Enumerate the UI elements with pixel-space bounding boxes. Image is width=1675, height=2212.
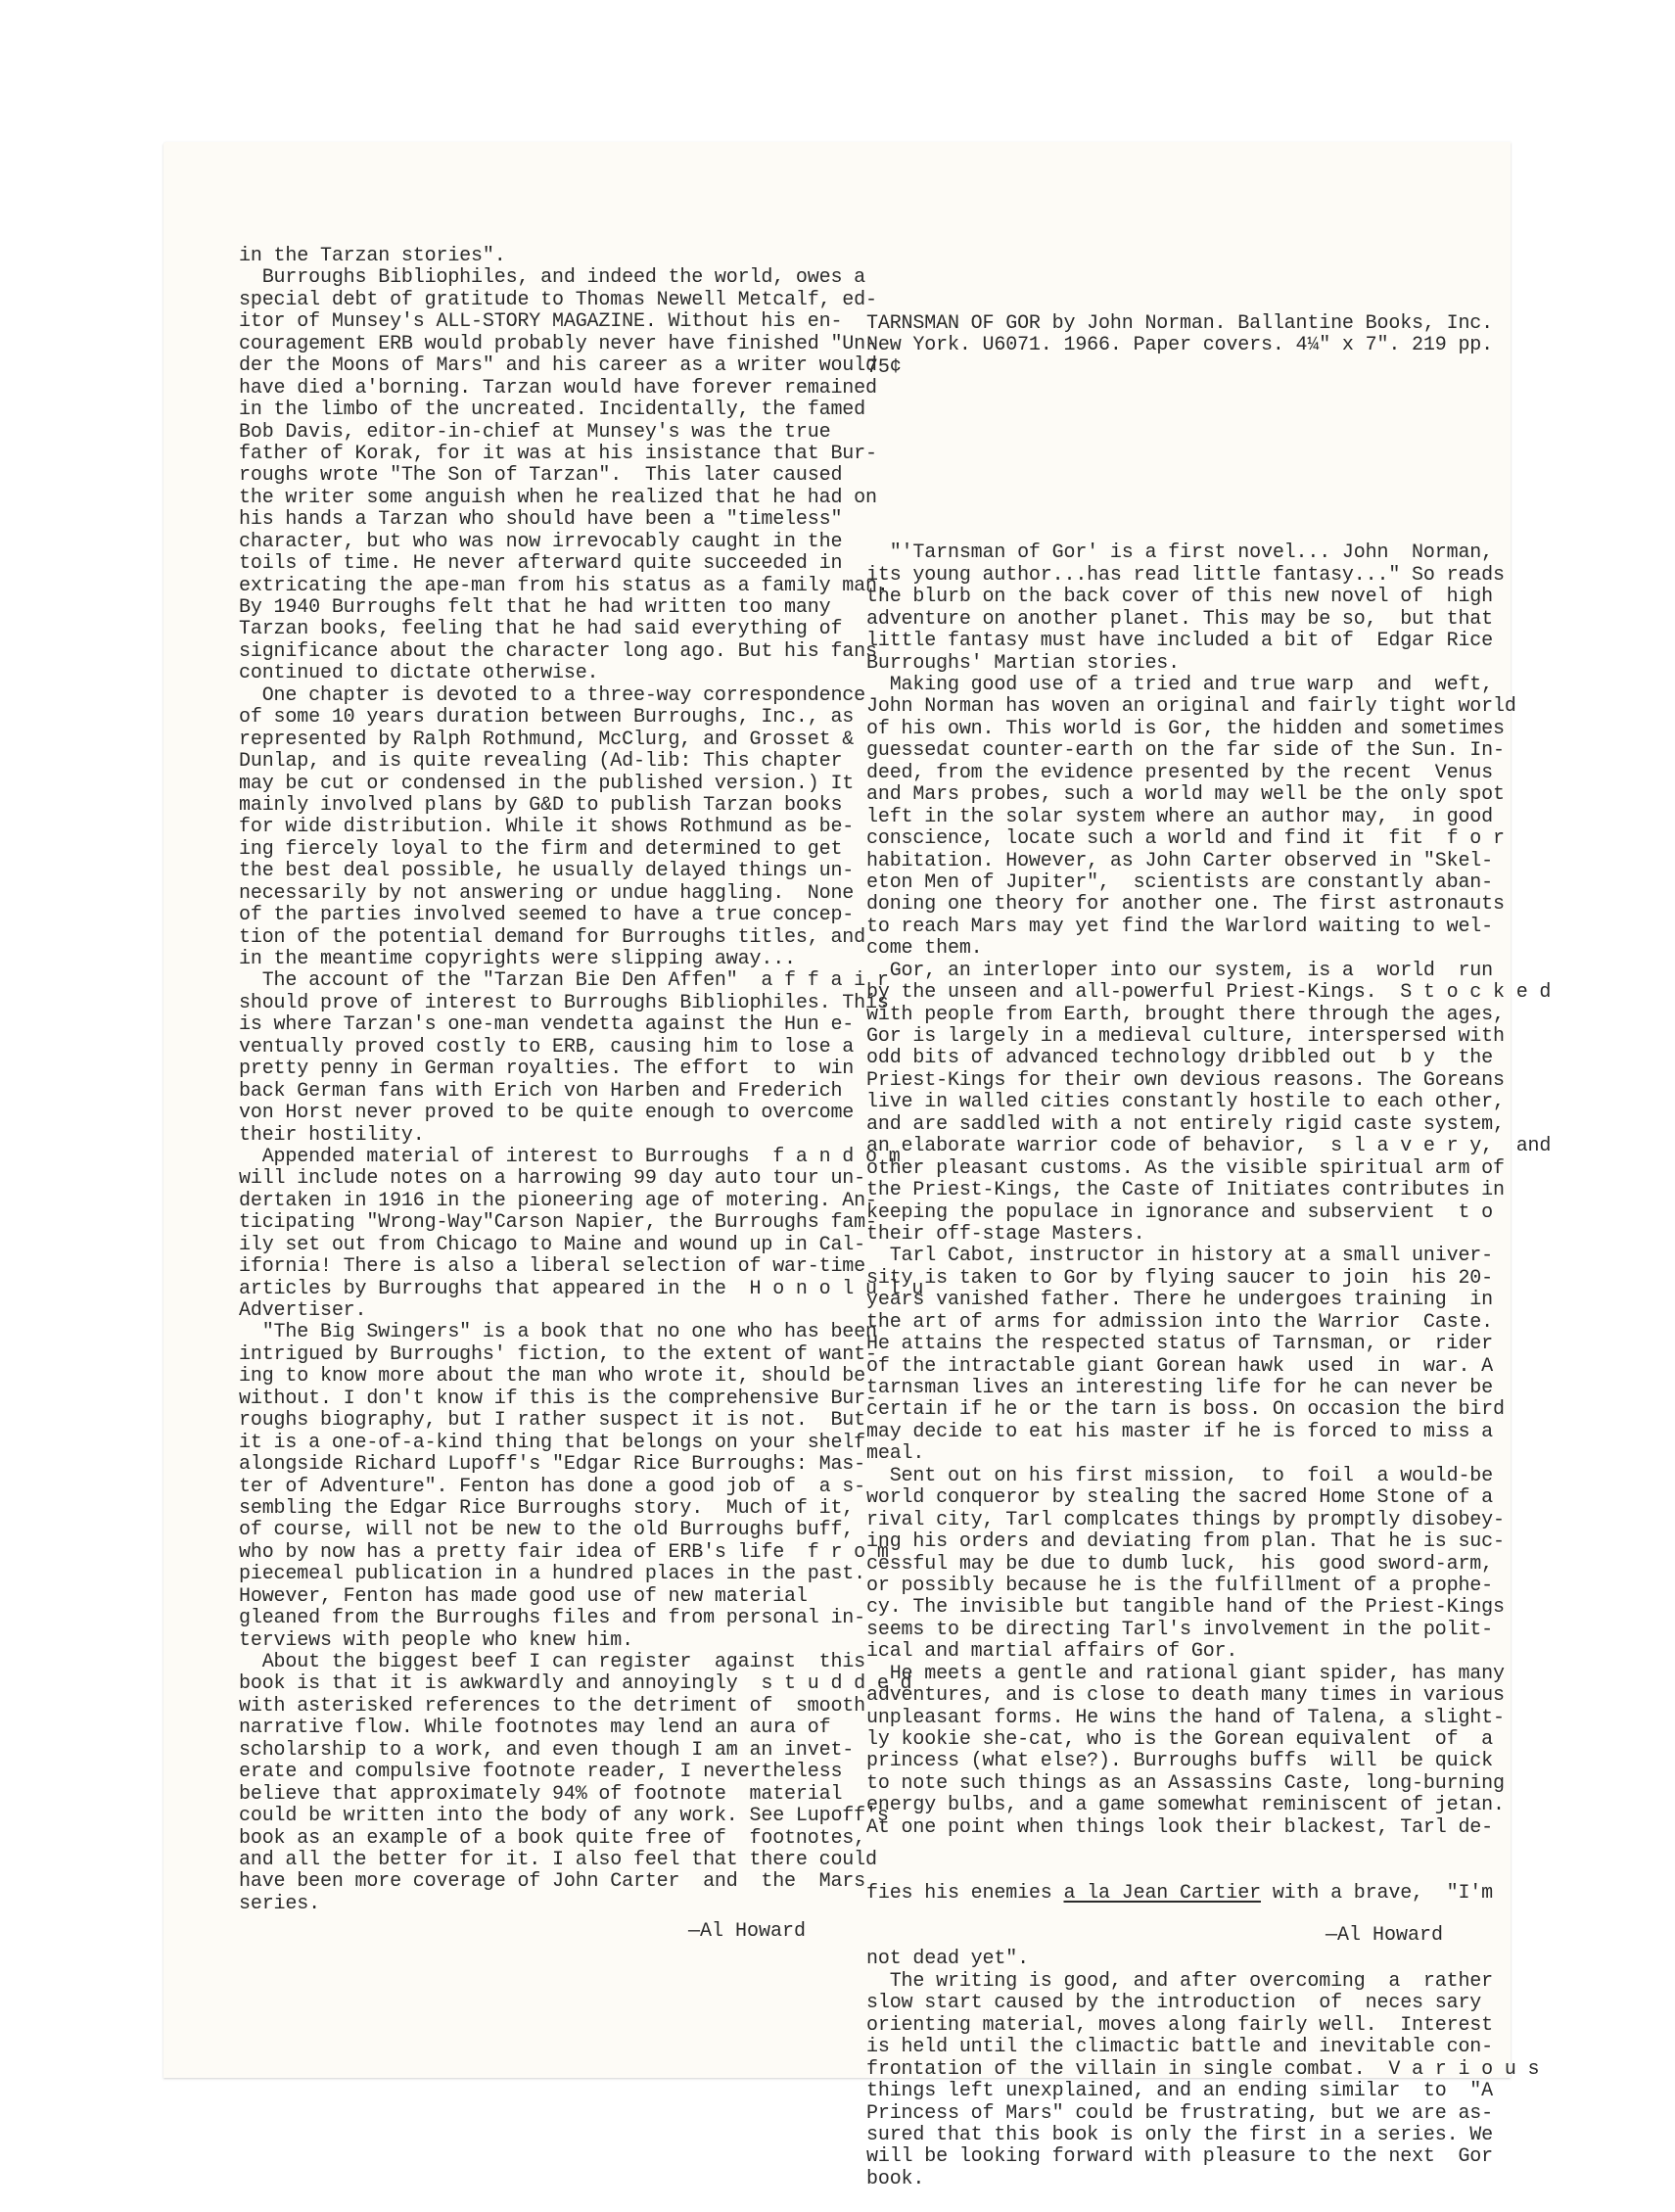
text-line: sity is taken to Gor by flying saucer to… [866,1268,1466,1290]
text-line: will include notes on a harrowing 99 day… [239,1168,831,1190]
text-line: character, but who was now irrevocably c… [239,532,831,553]
text-line: cessful may be due to dumb luck, his goo… [866,1554,1466,1576]
text-line: in the limbo of the uncreated. Incidenta… [239,400,831,421]
spacer [866,489,1466,498]
text-line: could be written into the body of any wo… [239,1806,831,1827]
text-line: About the biggest beef I can register ag… [239,1652,831,1673]
text-line: rival city, Tarl complcates things by pr… [866,1510,1466,1531]
text-line: couragement ERB would probably never hav… [239,334,831,355]
review-line-underlined: fies his enemies a la Jean Cartier with … [866,1883,1466,1905]
text-line: itor of Munsey's ALL-STORY MAGAZINE. Wit… [239,311,831,333]
text-line: roughs biography, but I rather suspect i… [239,1410,831,1432]
text-line: By 1940 Burroughs felt that he had writt… [239,597,831,619]
text-line: mainly involved plans by G&D to publish … [239,795,831,817]
text-line: meal. [866,1443,1466,1465]
text-line: der the Moons of Mars" and his career as… [239,355,831,377]
text-line: princess (what else?). Burroughs buffs w… [866,1751,1466,1772]
text-line: dertaken in 1916 in the pioneering age o… [239,1191,831,1212]
text-line: odd bits of advanced technology dribbled… [866,1048,1466,1069]
text-line: "'Tarnsman of Gor' is a first novel... J… [866,542,1466,564]
text-line: terviews with people who knew him. [239,1630,831,1652]
text-line: by the unseen and all-powerful Priest-Ki… [866,982,1466,1004]
text-line: an elaborate warrior code of behavior, s… [866,1136,1466,1157]
text-line: tion of the potential demand for Burroug… [239,927,831,949]
text-line: von Horst never proved to be quite enoug… [239,1103,831,1124]
text-line: book is that it is awkwardly and annoyin… [239,1673,831,1695]
text-line: One chapter is devoted to a three-way co… [239,685,831,707]
text-line: At one point when things look their blac… [866,1817,1466,1839]
text-line: Bob Davis, editor-in-chief at Munsey's w… [239,422,831,444]
text-line: ily set out from Chicago to Maine and wo… [239,1235,831,1256]
text-line: extricating the ape-man from his status … [239,576,831,597]
text-line: Making good use of a tried and true warp… [866,675,1466,696]
text-line: have been more coverage of John Carter a… [239,1871,831,1893]
text-line: of course, will not be new to the old Bu… [239,1520,831,1541]
text-line: years vanished father. There he undergoe… [866,1290,1466,1311]
text-line: ly kookie she-cat, who is the Gorean equ… [866,1729,1466,1751]
text-line: Sent out on his first mission, to foil a… [866,1466,1466,1487]
text-line: with people from Earth, brought there th… [866,1005,1466,1026]
text-line: Tarzan books, feeling that he had said e… [239,619,831,640]
review-closing: not dead yet". The writing is good, and … [866,1949,1466,2190]
text-line: piecemeal publication in a hundred place… [239,1564,831,1585]
text-line: The writing is good, and after overcomin… [866,1971,1466,1993]
left-signature: —Al Howard [688,1920,806,1943]
text-line: However, Fenton has made good use of new… [239,1586,831,1608]
text-line: cy. The invisible but tangible hand of t… [866,1597,1466,1619]
text-line: not dead yet". [866,1949,1466,1970]
text-line: He meets a gentle and rational giant spi… [866,1664,1466,1685]
text-line: significance about the character long ag… [239,641,831,663]
text-line: ventually proved costly to ERB, causing … [239,1037,831,1059]
text-line: the blurb on the back cover of this new … [866,587,1466,608]
text-line: keeping the populace in ignorance and su… [866,1202,1466,1224]
text-line: things left unexplained, and an ending s… [866,2081,1466,2102]
text-line: He attains the respected status of Tarns… [866,1334,1466,1355]
text-line: of the parties involved seemed to have a… [239,905,831,926]
review-body: "'Tarnsman of Gor' is a first novel... J… [866,542,1466,1839]
underlined-phrase: a la Jean Cartier [1063,1882,1260,1905]
text-line: necessarily by not answering or undue ha… [239,883,831,905]
text-line: conscience, locate such a world and find… [866,828,1466,850]
text-line: energy bulbs, and a game somewhat remini… [866,1795,1466,1816]
text-line: slow start caused by the introduction of… [866,1993,1466,2014]
text-line: intrigued by Burroughs' fiction, to the … [239,1344,831,1366]
text-line: adventures, and is close to death many t… [866,1685,1466,1707]
text-line: gleaned from the Burroughs files and fro… [239,1608,831,1629]
text-line: little fantasy must have included a bit … [866,631,1466,652]
text-line: ing fiercely loyal to the firm and deter… [239,839,831,861]
left-column: in the Tarzan stories". Burroughs Biblio… [239,246,831,1915]
text-line: scholarship to a work, and even though I… [239,1740,831,1762]
text-line: will be looking forward with pleasure to… [866,2146,1466,2168]
book-citation-header: TARNSMAN OF GOR by John Norman. Ballanti… [866,313,1466,379]
text-line: their off-stage Masters. [866,1224,1466,1246]
text-line: ical and martial affairs of Gor. [866,1641,1466,1663]
text-line: the writer some anguish when he realized… [239,488,831,509]
right-column: TARNSMAN OF GOR by John Norman. Ballanti… [866,269,1466,2212]
text-line: and all the better for it. I also feel t… [239,1850,831,1871]
text-line: ter of Adventure". Fenton has done a goo… [239,1477,831,1498]
spacer [866,423,1466,445]
text-line: the Priest-Kings, the Caste of Initiates… [866,1180,1466,1201]
text-line: guessedat counter-earth on the far side … [866,740,1466,762]
text-line: book. [866,2169,1466,2190]
right-signature: —Al Howard [1326,1924,1443,1947]
text-line: certain if he or the tarn is boss. On oc… [866,1399,1466,1421]
text-line: represented by Ralph Rothmund, McClurg, … [239,729,831,751]
text-line: eton Men of Jupiter", scientists are con… [866,872,1466,894]
text-line: erate and compulsive footnote reader, I … [239,1762,831,1783]
text-line: special debt of gratitude to Thomas Newe… [239,290,831,311]
text-line: world conqueror by stealing the sacred H… [866,1487,1466,1509]
text-line: narrative flow. While footnotes may lend… [239,1718,831,1739]
text-line: of his own. This world is Gor, the hidde… [866,719,1466,740]
text-line: other pleasant customs. As the visible s… [866,1158,1466,1180]
text-line: Gor is largely in a medieval culture, in… [866,1026,1466,1048]
text-line: who by now has a pretty fair idea of ERB… [239,1542,831,1564]
text-line: of the intractable giant Gorean hawk use… [866,1356,1466,1378]
text-line: ing to know more about the man who wrote… [239,1366,831,1388]
text-line: series. [239,1894,831,1915]
text-line: ifornia! There is also a liberal selecti… [239,1256,831,1278]
text-line: habitation. However, as John Carter obse… [866,851,1466,872]
text-line: for wide distribution. While it shows Ro… [239,817,831,838]
text-line: father of Korak, for it was at his insis… [239,444,831,465]
text-line: Burroughs' Martian stories. [866,653,1466,675]
text-line: their hostility. [239,1125,831,1147]
text-line: unpleasant forms. He wins the hand of Ta… [866,1708,1466,1729]
text-line: orienting material, moves along fairly w… [866,2015,1466,2037]
text-line: and are saddled with a not entirely rigi… [866,1114,1466,1136]
text-line: may be cut or condensed in the published… [239,774,831,795]
text-line: tarnsman lives an interesting life for h… [866,1378,1466,1399]
text-line: Advertiser. [239,1300,831,1322]
text-line: ticipating "Wrong-Way"Carson Napier, the… [239,1212,831,1234]
text-line: roughs wrote "The Son of Tarzan". This l… [239,465,831,487]
text-line: Tarl Cabot, instructor in history at a s… [866,1246,1466,1267]
text-line: back German fans with Erich von Harben a… [239,1081,831,1103]
text-line: to reach Mars may yet find the Warlord w… [866,917,1466,938]
text-line: left in the solar system where an author… [866,807,1466,828]
citation-line: New York. U6071. 1966. Paper covers. 4¼"… [866,335,1466,356]
text-line: is held until the climactic battle and i… [866,2037,1466,2058]
text-line: frontation of the villain in single comb… [866,2059,1466,2081]
text-line: live in walled cities constantly hostile… [866,1092,1466,1113]
text-line: ing his orders and deviating from plan. … [866,1531,1466,1553]
text-line: Gor, an interloper into our system, is a… [866,961,1466,982]
text-line: adventure on another planet. This may be… [866,609,1466,631]
text-line: Appended material of interest to Burroug… [239,1147,831,1168]
text-line: believe that approximately 94% of footno… [239,1784,831,1806]
text-line: deed, from the evidence presented by the… [866,763,1466,784]
text-line: sured that this book is only the first i… [866,2125,1466,2146]
text-line: articles by Burroughs that appeared in t… [239,1279,831,1300]
text-line: with asterisked references to the detrim… [239,1696,831,1718]
text-line: his hands a Tarzan who should have been … [239,509,831,531]
text-line: sembling the Edgar Rice Burroughs story.… [239,1498,831,1520]
text-line: "The Big Swingers" is a book that no one… [239,1322,831,1343]
text-line: is where Tarzan's one-man vendetta again… [239,1014,831,1036]
text-line: pretty penny in German royalties. The ef… [239,1059,831,1080]
text-line: without. I don't know if this is the com… [239,1388,831,1410]
text-line: have died a'borning. Tarzan would have f… [239,378,831,400]
text-line: the best deal possible, he usually delay… [239,861,831,882]
text-line: in the meantime copyrights were slipping… [239,949,831,970]
text-line: it is a one-of-a-kind thing that belongs… [239,1433,831,1454]
text-line: book as an example of a book quite free … [239,1828,831,1850]
text-line: continued to dictate otherwise. [239,663,831,684]
text-line: toils of time. He never afterward quite … [239,553,831,575]
text-line: the art of arms for admission into the W… [866,1312,1466,1334]
citation-line: TARNSMAN OF GOR by John Norman. Ballanti… [866,313,1466,335]
text-line: Princess of Mars" could be frustrating, … [866,2103,1466,2125]
text-line: to note such things as an Assassins Cast… [866,1773,1466,1795]
text-line: of some 10 years duration between Burrou… [239,707,831,729]
text-line: in the Tarzan stories". [239,246,831,267]
text-line: and Mars probes, such a world may well b… [866,784,1466,806]
text-line: Priest-Kings for their own devious reaso… [866,1070,1466,1092]
text-line: may decide to eat his master if he is fo… [866,1422,1466,1443]
text-line: Dunlap, and is quite revealing (Ad-lib: … [239,751,831,773]
text-line: or possibly because he is the fulfillmen… [866,1576,1466,1597]
text-line: seems to be directing Tarl's involvement… [866,1620,1466,1641]
text-line: John Norman has woven an original and fa… [866,696,1466,718]
citation-line: 75¢ [866,357,1466,379]
text-line: Burroughs Bibliophiles, and indeed the w… [239,267,831,289]
text-line: should prove of interest to Burroughs Bi… [239,993,831,1014]
text-line: alongside Richard Lupoff's "Edgar Rice B… [239,1454,831,1476]
text-line: its young author...has read little fanta… [866,565,1466,587]
text-line: doning one theory for another one. The f… [866,894,1466,916]
text-line: The account of the "Tarzan Bie Den Affen… [239,970,831,992]
text-line: come them. [866,938,1466,960]
